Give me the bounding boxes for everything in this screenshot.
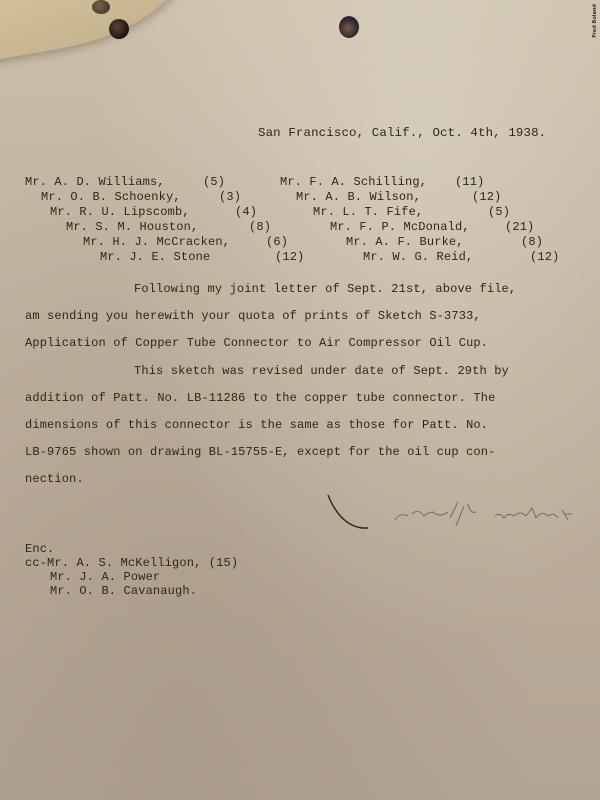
- recipient-count: (12): [275, 250, 304, 264]
- recipient-count: (11): [455, 175, 484, 189]
- punch-hole: [92, 0, 110, 14]
- photo-credit: Fred Boland: [592, 4, 598, 38]
- body-line: dimensions of this connector is the same…: [25, 418, 488, 432]
- recipient-name: Mr. A. F. Burke,: [346, 235, 464, 249]
- recipient-name: Mr. F. P. McDonald,: [330, 220, 470, 234]
- enclosure-note: Enc.: [25, 542, 54, 556]
- recipient-count: (12): [530, 250, 559, 264]
- recipient-count: (21): [505, 220, 534, 234]
- body-line: LB-9765 shown on drawing BL-15755-E, exc…: [25, 445, 495, 459]
- punch-hole: [109, 19, 129, 39]
- letter-paper: Fred Boland San Francisco, Calif., Oct. …: [0, 0, 600, 800]
- body-line: addition of Patt. No. LB-11286 to the co…: [25, 391, 495, 405]
- recipient-name: Mr. H. J. McCracken,: [83, 235, 230, 249]
- recipient-name: Mr. W. G. Reid,: [363, 250, 473, 264]
- recipient-name: Mr. S. M. Houston,: [66, 220, 198, 234]
- cc-line: Mr. J. A. Power: [50, 570, 160, 584]
- recipient-name: Mr. J. E. Stone: [100, 250, 210, 264]
- recipient-name: Mr. R. U. Lipscomb,: [50, 205, 190, 219]
- recipient-count: (6): [266, 235, 288, 249]
- cc-line: Mr. O. B. Cavanaugh.: [50, 584, 197, 598]
- body-line: Application of Copper Tube Connector to …: [25, 336, 488, 350]
- cc-line: cc-Mr. A. S. McKelligon, (15): [25, 556, 238, 570]
- recipient-name: Mr. O. B. Schoenky,: [41, 190, 181, 204]
- recipient-count: (4): [235, 205, 257, 219]
- recipient-name: Mr. A. D. Williams,: [25, 175, 165, 189]
- recipient-count: (3): [219, 190, 241, 204]
- recipient-count: (8): [249, 220, 271, 234]
- recipient-name: Mr. F. A. Schilling,: [280, 175, 427, 189]
- recipient-count: (12): [472, 190, 501, 204]
- body-line: This sketch was revised under date of Se…: [134, 364, 509, 378]
- recipient-name: Mr. L. T. Fife,: [313, 205, 423, 219]
- signature: [300, 490, 600, 540]
- dateline: San Francisco, Calif., Oct. 4th, 1938.: [258, 126, 546, 140]
- punch-hole: [339, 16, 359, 38]
- body-line: nection.: [25, 472, 84, 486]
- recipient-count: (8): [521, 235, 543, 249]
- body-line: Following my joint letter of Sept. 21st,…: [134, 282, 516, 296]
- recipient-name: Mr. A. B. Wilson,: [296, 190, 421, 204]
- body-line: am sending you herewith your quota of pr…: [25, 309, 481, 323]
- recipient-count: (5): [203, 175, 225, 189]
- recipient-count: (5): [488, 205, 510, 219]
